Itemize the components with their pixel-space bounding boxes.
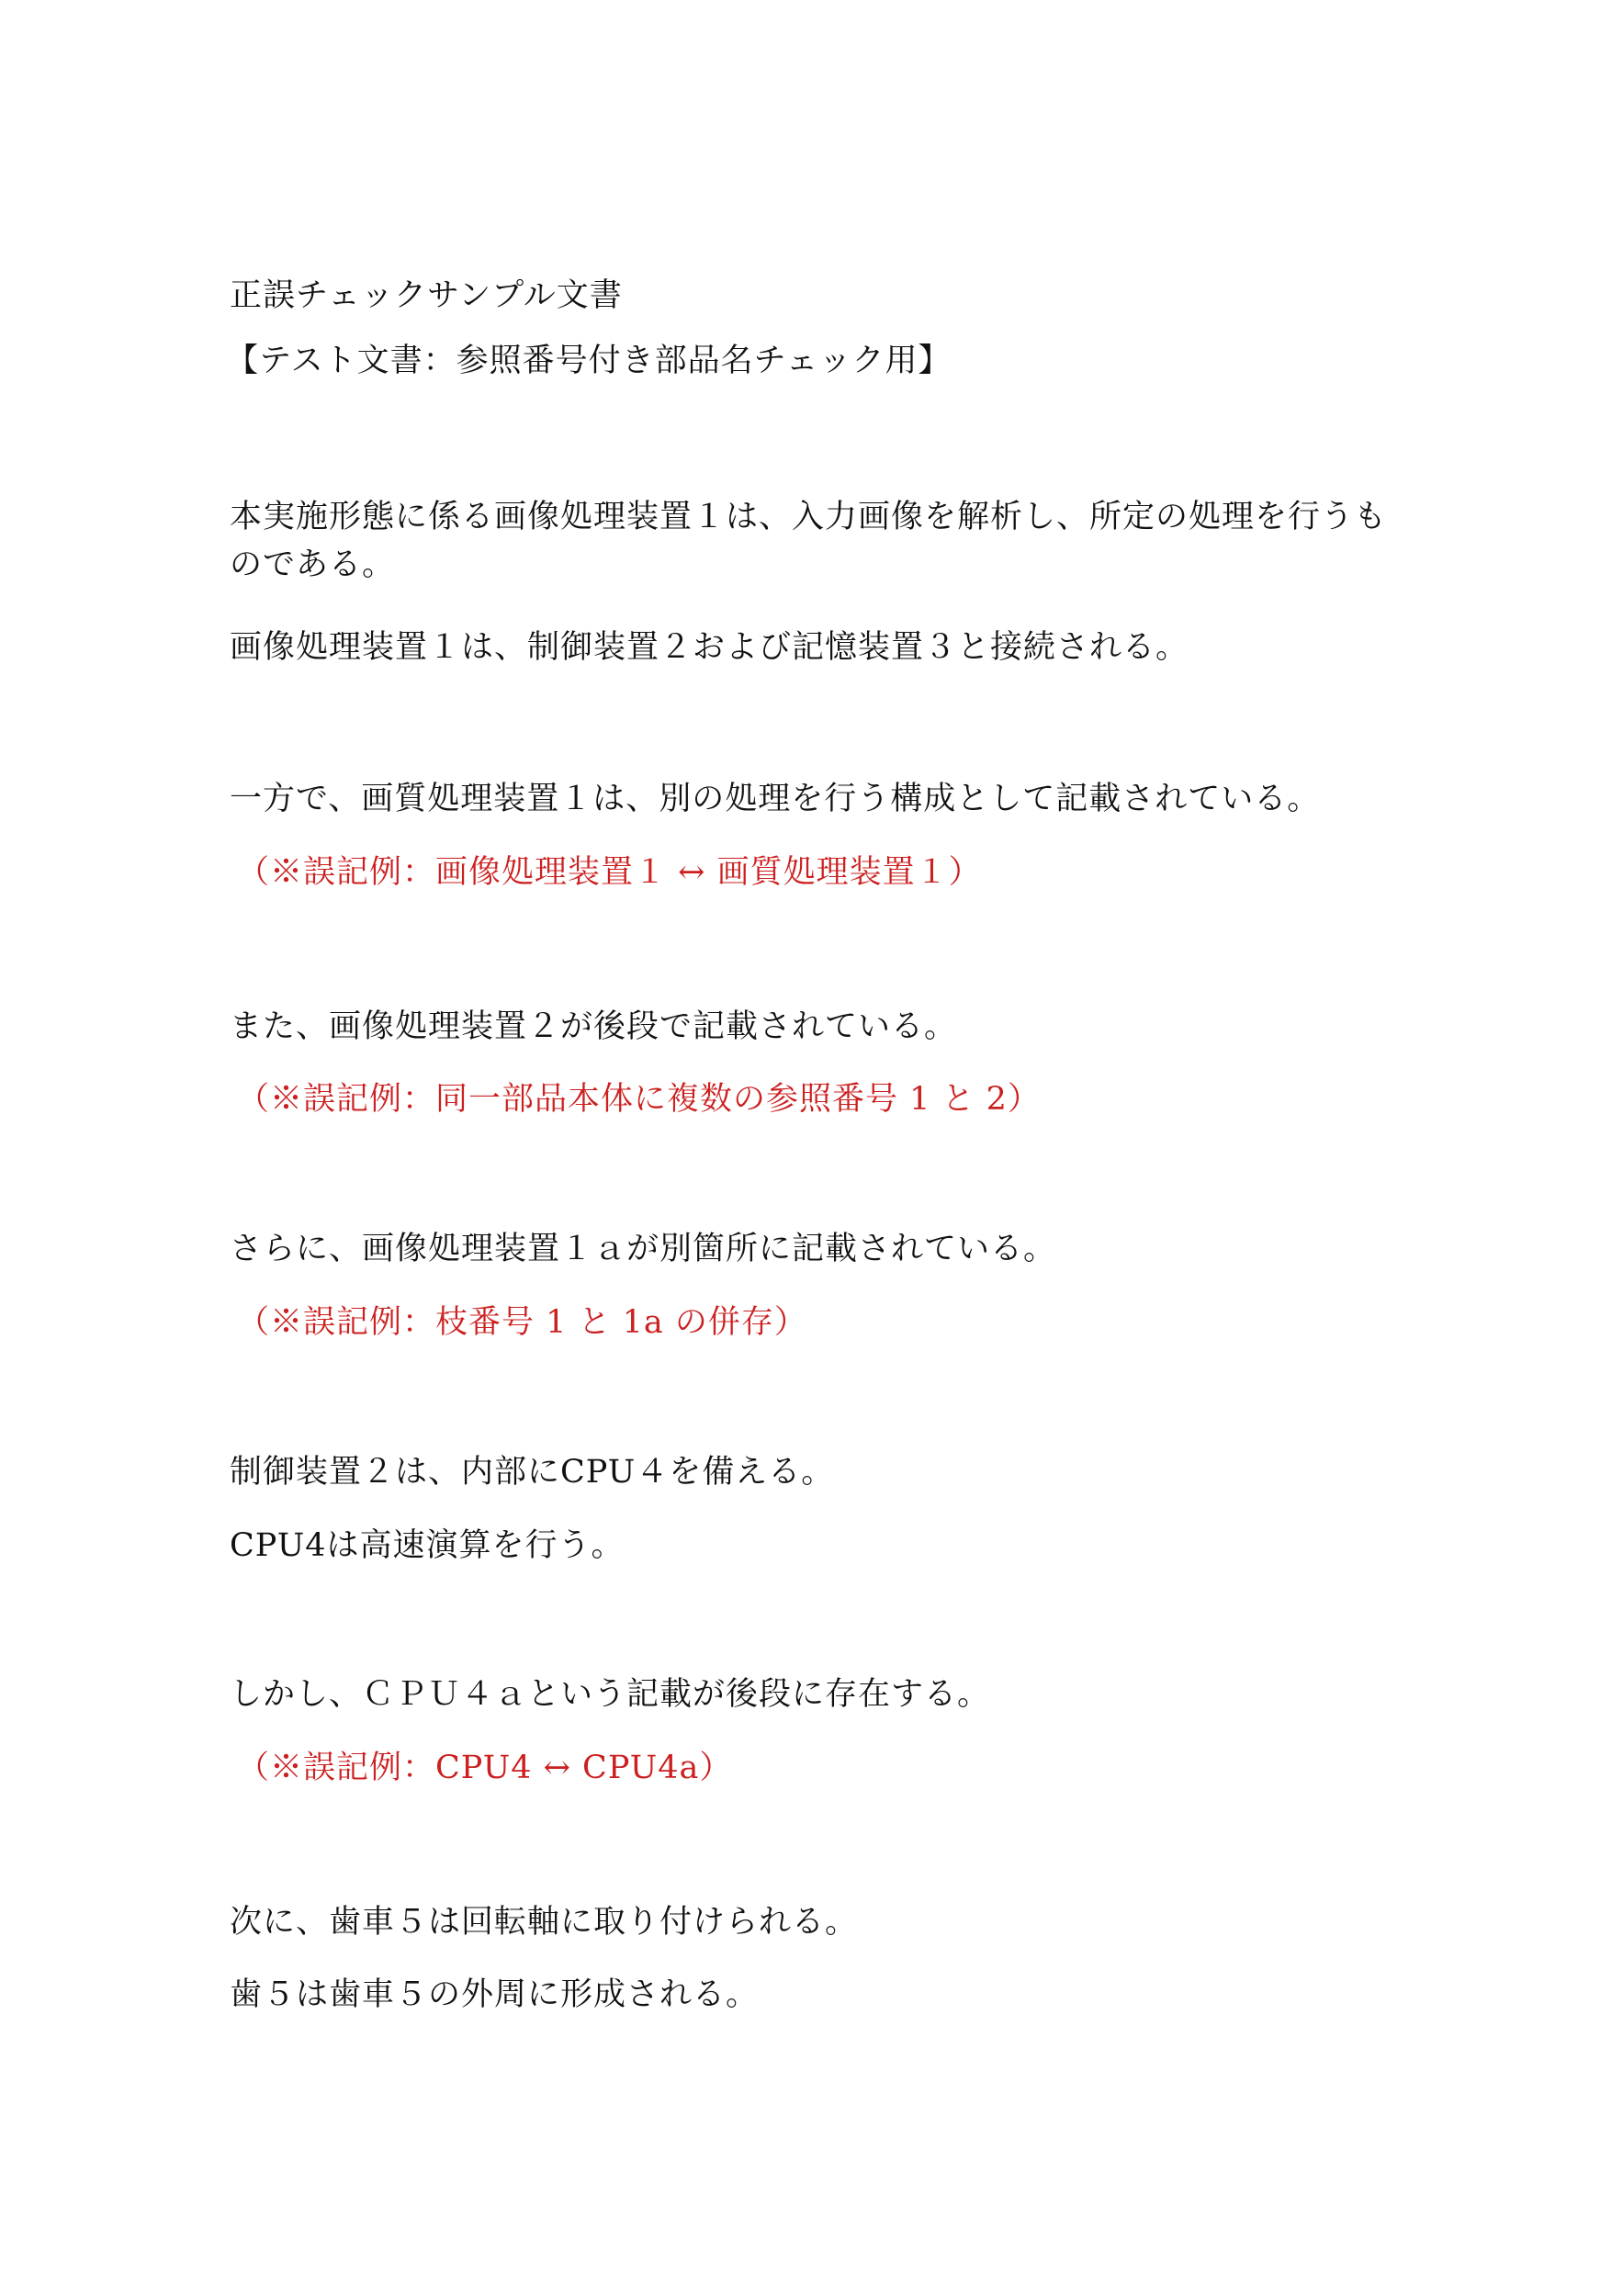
paragraph-line: さらに、画像処理装置１ａが別箇所に記載されている。 — [230, 1225, 1056, 1273]
paragraph-line: CPU4は高速演算を行う。 — [230, 1522, 624, 1570]
document-subtitle: 【テスト文書：参照番号付き部品名チェック用】 — [226, 337, 952, 385]
error-note: （※誤記例：枝番号 1 と 1a の併存） — [237, 1299, 807, 1346]
error-note: （※誤記例：CPU4 ↔ CPU4a） — [237, 1744, 732, 1792]
paragraph-line: 一方で、画質処理装置１は、別の処理を行う構成として記載されている。 — [230, 775, 1320, 823]
paragraph-line: のである。 — [230, 541, 395, 589]
error-note: （※誤記例：画像処理装置１ ↔ 画質処理装置１） — [237, 849, 982, 896]
error-note: （※誤記例：同一部品本体に複数の参照番号 1 と 2） — [237, 1075, 1041, 1123]
document-page: 正誤チェックサンプル文書 【テスト文書：参照番号付き部品名チェック用】 本実施形… — [0, 0, 1623, 2296]
paragraph-line: 画像処理装置１は、制御装置２および記憶装置３と接続される。 — [230, 624, 1189, 671]
paragraph-line: 制御装置２は、内部にCPU４を備える。 — [230, 1448, 834, 1496]
paragraph-line: 本実施形態に係る画像処理装置１は、入力画像を解析し、所定の処理を行うも — [230, 493, 1387, 541]
paragraph-line: 次に、歯車５は回転軸に取り付けられる。 — [230, 1898, 858, 1946]
document-title: 正誤チェックサンプル文書 — [230, 272, 623, 320]
paragraph-line: しかし、ＣＰＵ４ａという記載が後段に存在する。 — [230, 1671, 990, 1718]
paragraph-line: 歯５は歯車５の外周に形成される。 — [230, 1971, 759, 2019]
paragraph-line: また、画像処理装置２が後段で記載されている。 — [230, 1003, 957, 1051]
